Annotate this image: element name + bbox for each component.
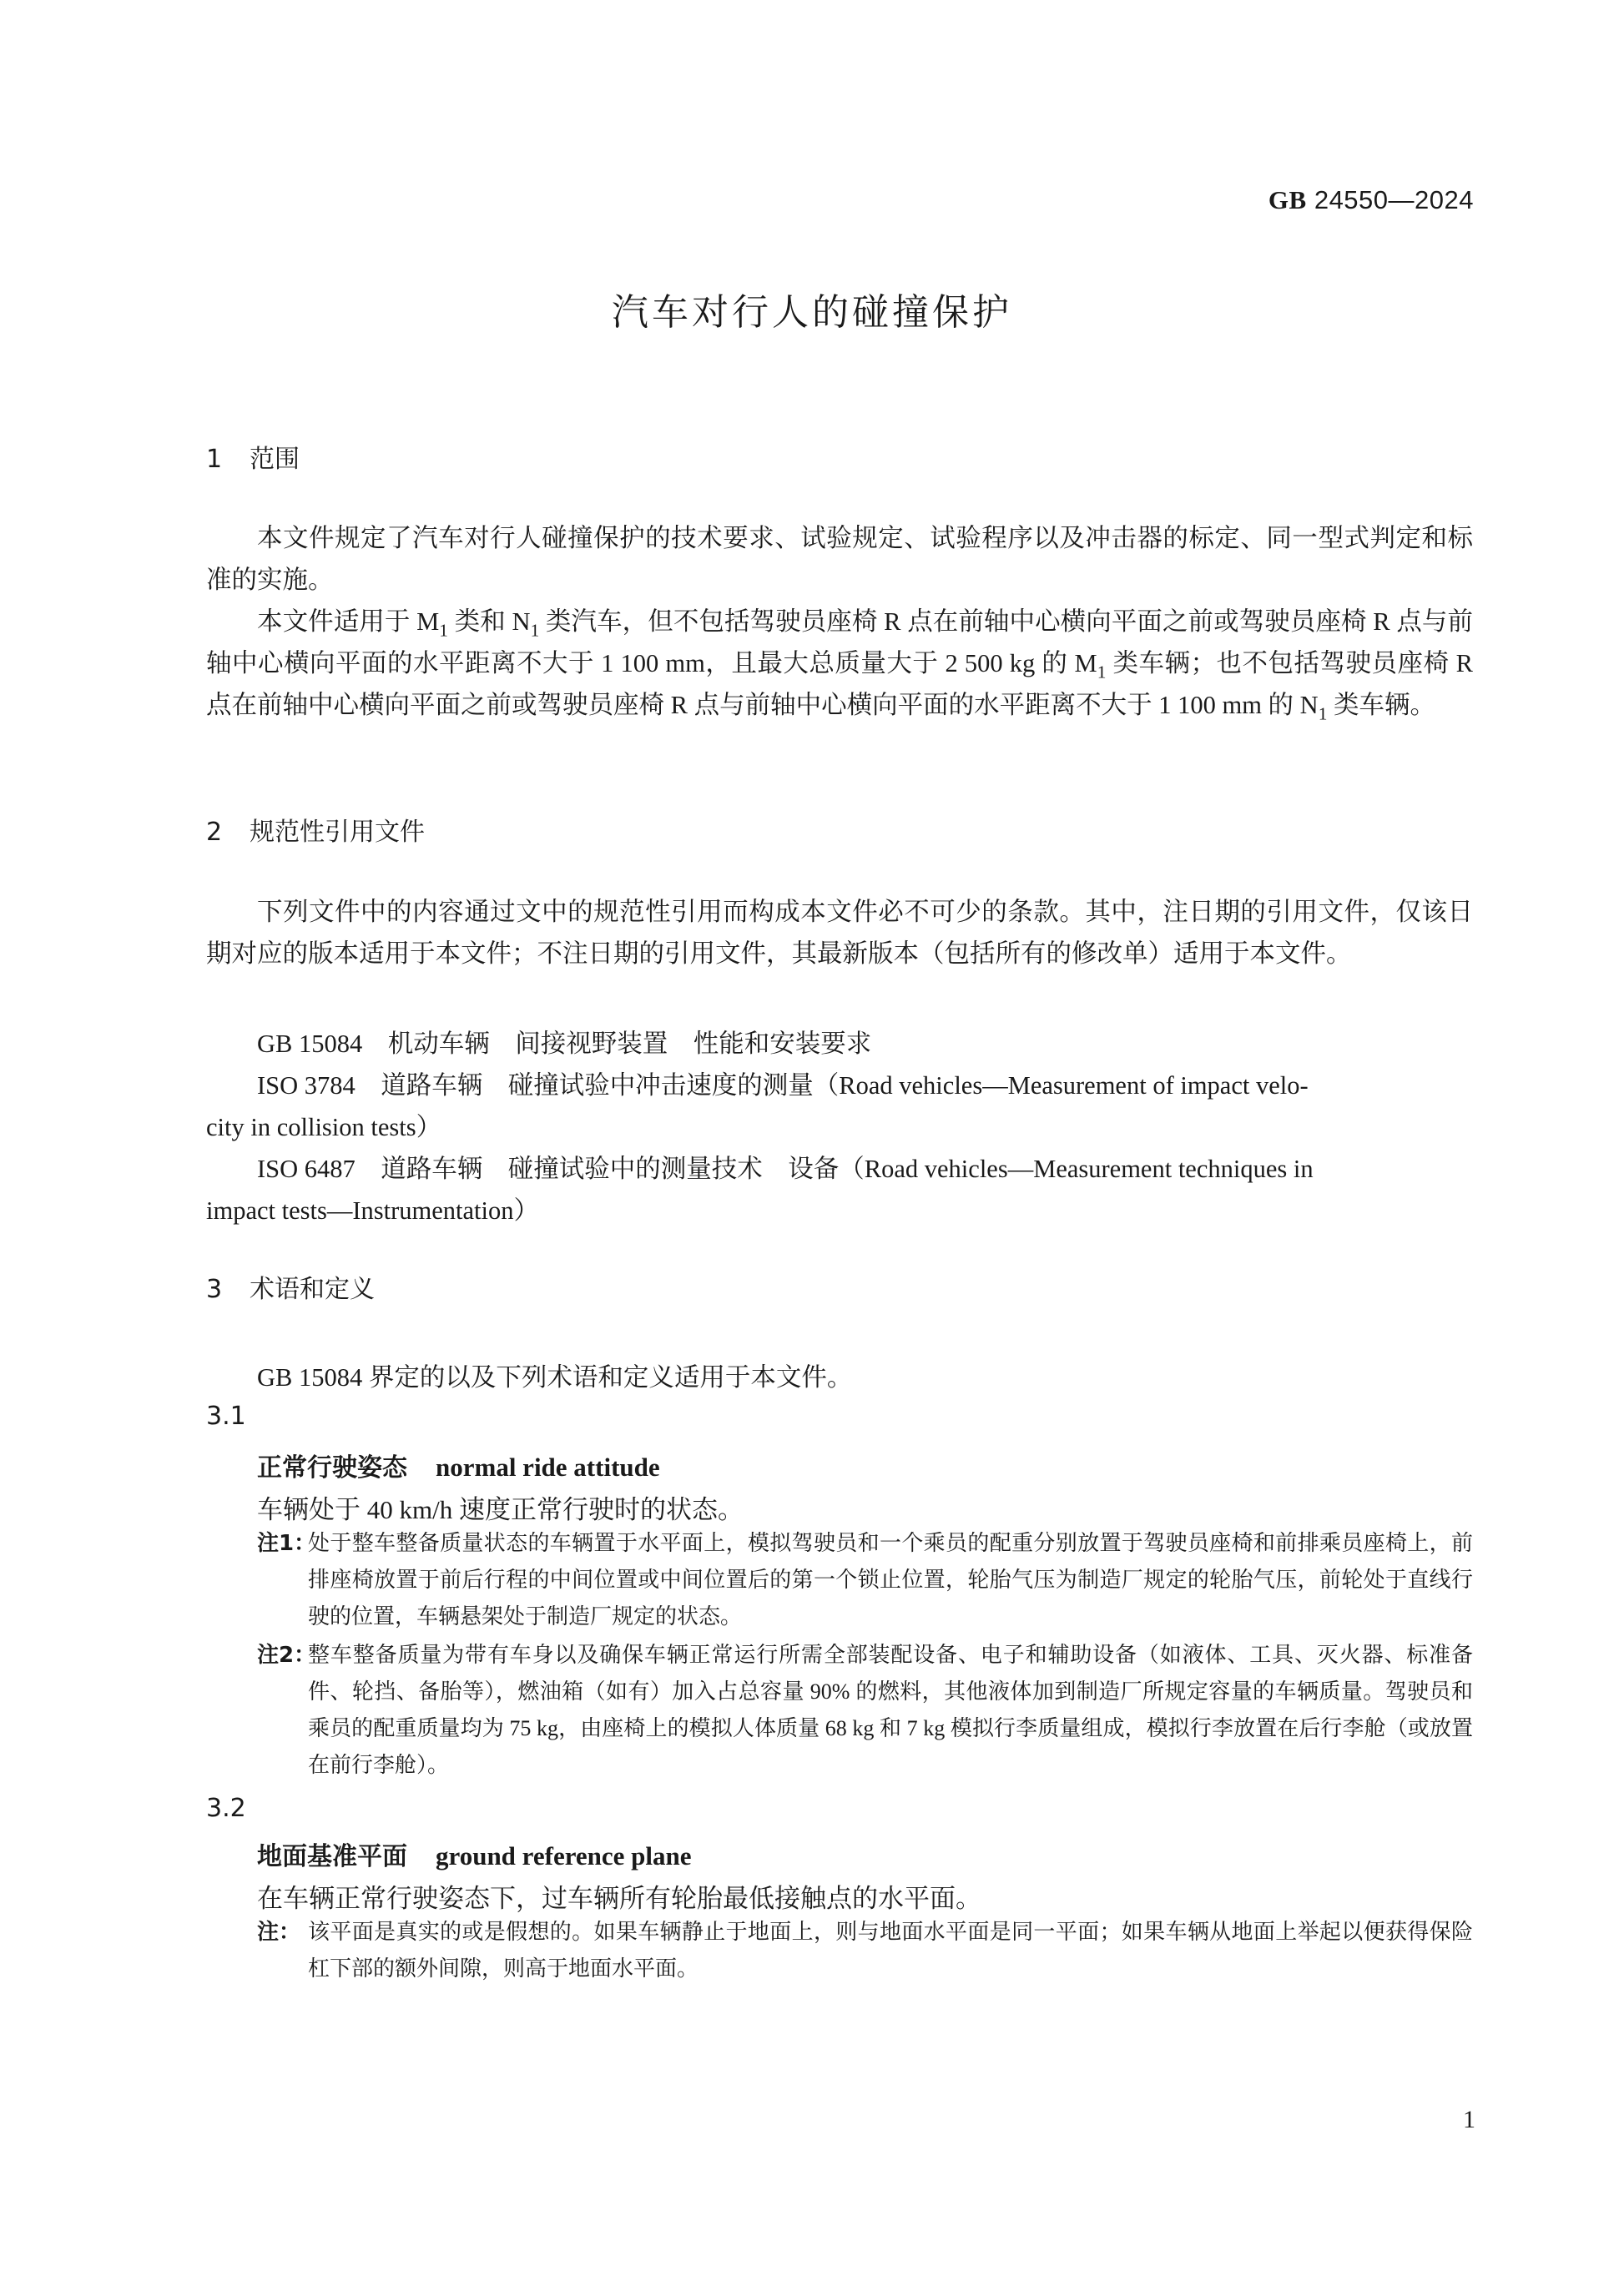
- section-title: 规范性引用文件: [250, 818, 425, 847]
- note-label: 注2：: [257, 1637, 315, 1674]
- note-label: 注：: [257, 1914, 300, 1951]
- reference-gb15084: GB 15084 机动车辆 间接视野装置 性能和安装要求: [257, 1023, 871, 1060]
- section-heading-scope: 1范围: [206, 438, 300, 475]
- clause-number-3-2: 3.2: [206, 1794, 246, 1823]
- paragraph-scope-1: 本文件规定了汽车对行人碰撞保护的技术要求、试验规定、试验程序以及冲击器的标定、同…: [206, 517, 1473, 601]
- note-3-1-2: 注2： 整车整备质量为带有车身以及确保车辆正常运行所需全部装配设备、电子和辅助设…: [257, 1637, 1473, 1784]
- section-number: 1: [206, 445, 250, 474]
- standard-number: 24550—2024: [1314, 185, 1474, 214]
- standard-prefix: GB: [1268, 185, 1307, 214]
- document-page: GB 24550—2024 汽车对行人的碰撞保护 1范围 本文件规定了汽车对行人…: [0, 0, 1624, 2296]
- reference-iso6487: ISO 6487 道路车辆 碰撞试验中的测量技术 设备（Road vehicle…: [257, 1148, 1314, 1185]
- note-3-1-1: 注1： 处于整车整备质量状态的车辆置于水平面上，模拟驾驶员和一个乘员的配重分别放…: [257, 1525, 1473, 1635]
- note-3-2: 注： 该平面是真实的或是假想的。如果车辆静止于地面上，则与地面水平面是同一平面；…: [257, 1914, 1473, 1987]
- clause-number-3-1: 3.1: [206, 1402, 246, 1431]
- term-ground-reference-plane: 地面基准平面ground reference plane: [257, 1835, 692, 1872]
- section-number: 3: [206, 1275, 250, 1304]
- document-title: 汽车对行人的碰撞保护: [0, 282, 1624, 335]
- page-number: 1: [1463, 2106, 1475, 2134]
- definition-3-2: 在车辆正常行驶姿态下，过车辆所有轮胎最低接触点的水平面。: [257, 1877, 981, 1915]
- section-heading-normative-references: 2规范性引用文件: [206, 811, 425, 848]
- note-text: 该平面是真实的或是假想的。如果车辆静止于地面上，则与地面水平面是同一平面；如果车…: [257, 1914, 1473, 1987]
- term-normal-ride-attitude: 正常行驶姿态normal ride attitude: [257, 1447, 660, 1483]
- term-en: normal ride attitude: [436, 1453, 660, 1482]
- reference-iso6487-cont: impact tests—Instrumentation）: [206, 1190, 539, 1226]
- reference-iso3784-cont: city in collision tests）: [206, 1106, 441, 1143]
- note-label: 注1：: [257, 1525, 315, 1562]
- reference-iso3784: ISO 3784 道路车辆 碰撞试验中冲击速度的测量（Road vehicles…: [257, 1065, 1309, 1101]
- term-zh: 地面基准平面: [257, 1842, 407, 1871]
- note-text: 处于整车整备质量状态的车辆置于水平面上，模拟驾驶员和一个乘员的配重分别放置于驾驶…: [257, 1525, 1473, 1635]
- standard-code: GB 24550—2024: [1268, 185, 1474, 215]
- paragraph-normative-references: 下列文件中的内容通过文中的规范性引用而构成本文件必不可少的条款。其中，注日期的引…: [206, 891, 1473, 974]
- section-title: 术语和定义: [250, 1275, 375, 1304]
- definition-3-1: 车辆处于 40 km/h 速度正常行驶时的状态。: [257, 1488, 744, 1526]
- section-heading-terms: 3术语和定义: [206, 1268, 375, 1305]
- paragraph-scope-2: 本文件适用于 M1 类和 N1 类汽车，但不包括驾驶员座椅 R 点在前轴中心横向…: [206, 601, 1473, 726]
- term-zh: 正常行驶姿态: [257, 1453, 407, 1483]
- section-title: 范围: [250, 445, 300, 474]
- term-en: ground reference plane: [436, 1841, 692, 1871]
- section-number: 2: [206, 818, 250, 847]
- terms-intro: GB 15084 界定的以及下列术语和定义适用于本文件。: [257, 1357, 852, 1393]
- note-text: 整车整备质量为带有车身以及确保车辆正常运行所需全部装配设备、电子和辅助设备（如液…: [257, 1637, 1473, 1784]
